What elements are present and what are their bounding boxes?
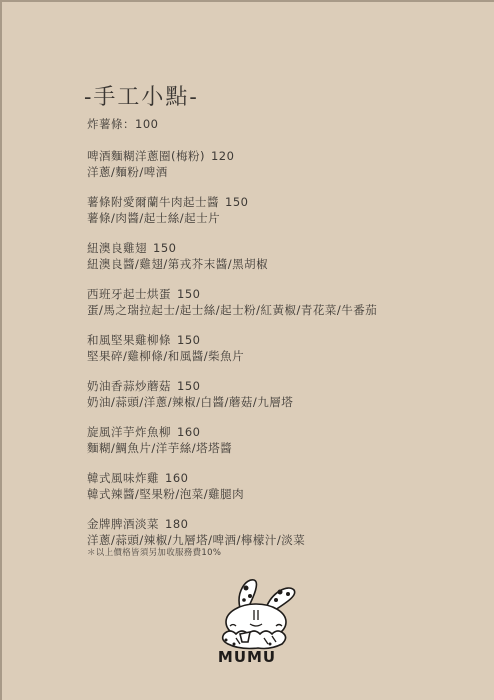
item-price: 150	[177, 287, 200, 301]
item-name: 金牌脾酒淡菜	[87, 517, 159, 531]
item-price: 150	[153, 241, 176, 255]
menu-item: 西班牙起士烘蛋150 蛋/馬之瑞拉起士/起士絲/起士粉/紅黃椒/青花菜/牛番茄	[87, 286, 447, 332]
item-name: 奶油香蒜炒蘑菇	[87, 379, 171, 393]
item-description: 洋蔥/麵粉/啤酒	[87, 164, 447, 180]
item-name: 韓式風味炸雞	[87, 471, 159, 485]
item-name: 旋風洋芋炸魚柳	[87, 425, 171, 439]
menu-page: -手工小點- 炸薯條：100 啤酒麵糊洋蔥圈(梅粉)120 洋蔥/麵粉/啤酒 薯…	[0, 0, 494, 700]
menu-item: 和風堅果雞柳條150 堅果碎/雞柳條/和風醬/柴魚片	[87, 332, 447, 378]
item-description: 奶油/蒜頭/洋蔥/辣椒/白醬/蘑菇/九層塔	[87, 394, 447, 410]
item-name: 紐澳良雞翅	[87, 241, 147, 255]
menu-item: 紐澳良雞翅150 紐澳良醬/雞翅/第戎芥末醬/黑胡椒	[87, 240, 447, 286]
item-description: 紐澳良醬/雞翅/第戎芥末醬/黑胡椒	[87, 256, 447, 272]
item-price: 180	[165, 517, 188, 531]
item-description: 薯條/肉醬/起士絲/起士片	[87, 210, 447, 226]
menu-item-fries: 炸薯條：100	[87, 116, 158, 132]
item-name: 啤酒麵糊洋蔥圈(梅粉)	[87, 149, 205, 163]
menu-item: 奶油香蒜炒蘑菇150 奶油/蒜頭/洋蔥/辣椒/白醬/蘑菇/九層塔	[87, 378, 447, 424]
item-description: 麵糊/鯛魚片/洋芋絲/塔塔醬	[87, 440, 447, 456]
item-description: 韓式辣醬/堅果粉/泡菜/雞腿肉	[87, 486, 447, 502]
menu-item: 啤酒麵糊洋蔥圈(梅粉)120 洋蔥/麵粉/啤酒	[87, 148, 447, 194]
item-price: 150	[225, 195, 248, 209]
item-price: 160	[165, 471, 188, 485]
menu-item: 韓式風味炸雞160 韓式辣醬/堅果粉/泡菜/雞腿肉	[87, 470, 447, 516]
service-charge-note: ＊以上價格皆須另加收服務費10%	[87, 546, 221, 558]
menu-item: 旋風洋芋炸魚柳160 麵糊/鯛魚片/洋芋絲/塔塔醬	[87, 424, 447, 470]
item-price: 150	[177, 333, 200, 347]
item-price: 160	[177, 425, 200, 439]
item-description: 蛋/馬之瑞拉起士/起士絲/起士粉/紅黃椒/青花菜/牛番茄	[87, 302, 447, 318]
item-name: 薯條附愛爾蘭牛肉起士醬	[87, 195, 219, 209]
brand-logo: MUMU	[214, 648, 280, 666]
item-name: 西班牙起士烘蛋	[87, 287, 171, 301]
item-price: 150	[177, 379, 200, 393]
item-name: 和風堅果雞柳條	[87, 333, 171, 347]
menu-item: 薯條附愛爾蘭牛肉起士醬150 薯條/肉醬/起士絲/起士片	[87, 194, 447, 240]
section-title: -手工小點-	[84, 80, 199, 111]
item-description: 堅果碎/雞柳條/和風醬/柴魚片	[87, 348, 447, 364]
item-price: 120	[211, 149, 234, 163]
menu-item-list: 啤酒麵糊洋蔥圈(梅粉)120 洋蔥/麵粉/啤酒 薯條附愛爾蘭牛肉起士醬150 薯…	[87, 148, 447, 562]
